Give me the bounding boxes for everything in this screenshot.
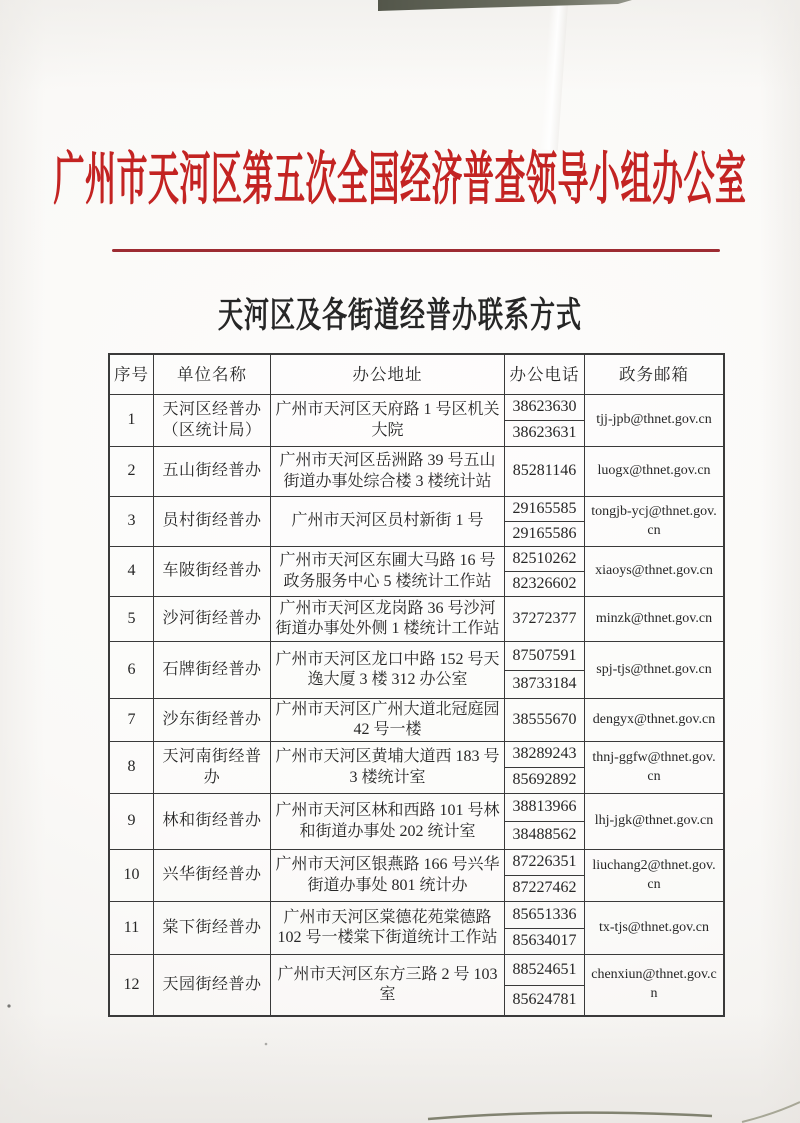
column-header: 办公地址 — [271, 355, 505, 394]
cell-office-address: 广州市天河区棠德花苑棠德路 102 号一楼棠下街道统计工作站 — [271, 902, 505, 954]
cell-office-phones: 8251026282326602 — [505, 547, 585, 596]
table-row: 3员村街经普办广州市天河区员村新街 1 号2916558529165586ton… — [110, 497, 723, 547]
cell-office-phones: 8750759138733184 — [505, 642, 585, 698]
cell-gov-email: spj-tjs@thnet.gov.cn — [585, 642, 723, 698]
red-divider-line — [112, 249, 720, 252]
contact-table: 序号单位名称办公地址办公电话政务邮箱1天河区经普办（区统计局）广州市天河区天府路… — [108, 353, 725, 1017]
cell-serial-number: 5 — [110, 597, 154, 641]
cell-unit-name: 兴华街经普办 — [154, 850, 271, 901]
cell-unit-name: 五山街经普办 — [154, 447, 271, 496]
cell-unit-name: 天河南街经普办 — [154, 742, 271, 793]
table-row: 10兴华街经普办广州市天河区银燕路 166 号兴华街道办事处 801 统计办87… — [110, 850, 723, 902]
cell-serial-number: 9 — [110, 794, 154, 849]
table-row: 4车陂街经普办广州市天河区东圃大马路 16 号政务服务中心 5 楼统计工作站82… — [110, 547, 723, 597]
cell-serial-number: 11 — [110, 902, 154, 954]
phone-number: 88524651 — [505, 955, 584, 985]
cell-gov-email: tjj-jpb@thnet.gov.cn — [585, 395, 723, 446]
cell-office-address: 广州市天河区龙口中路 152 号天逸大厦 3 楼 312 办公室 — [271, 642, 505, 698]
column-header: 办公电话 — [505, 355, 585, 394]
cell-gov-email: luogx@thnet.gov.cn — [585, 447, 723, 496]
cell-serial-number: 3 — [110, 497, 154, 546]
cell-office-address: 广州市天河区银燕路 166 号兴华街道办事处 801 统计办 — [271, 850, 505, 901]
phone-number: 38733184 — [505, 670, 584, 699]
cell-serial-number: 4 — [110, 547, 154, 596]
table-title: 天河区及各街道经普办联系方式 — [218, 297, 582, 336]
table-row: 7沙东街经普办广州市天河区广州大道北冠庭园 42 号一楼38555670deng… — [110, 699, 723, 742]
table-row: 8天河南街经普办广州市天河区黄埔大道西 183 号 3 楼统计室38289243… — [110, 742, 723, 794]
cell-office-address: 广州市天河区东方三路 2 号 103 室 — [271, 955, 505, 1015]
cell-gov-email: dengyx@thnet.gov.cn — [585, 699, 723, 741]
table-row: 2五山街经普办广州市天河区岳洲路 39 号五山街道办事处综合楼 3 楼统计站85… — [110, 447, 723, 497]
cell-gov-email: liuchang2@thnet.gov.cn — [585, 850, 723, 901]
cell-unit-name: 林和街经普办 — [154, 794, 271, 849]
cell-unit-name: 天园街经普办 — [154, 955, 271, 1015]
phone-number: 38289243 — [505, 742, 584, 767]
section-header: 天河区及各街道经普办联系方式 — [0, 303, 800, 331]
cell-serial-number: 2 — [110, 447, 154, 496]
cell-gov-email: tx-tjs@thnet.gov.cn — [585, 902, 723, 954]
table-row: 5沙河街经普办广州市天河区龙岗路 36 号沙河街道办事处外侧 1 楼统计工作站3… — [110, 597, 723, 642]
phone-number: 38488562 — [505, 821, 584, 849]
phone-number: 82510262 — [505, 547, 584, 571]
cell-office-address: 广州市天河区东圃大马路 16 号政务服务中心 5 楼统计工作站 — [271, 547, 505, 596]
cell-serial-number: 7 — [110, 699, 154, 741]
cell-gov-email: xiaoys@thnet.gov.cn — [585, 547, 723, 596]
cell-office-address: 广州市天河区员村新街 1 号 — [271, 497, 505, 546]
cell-gov-email: lhj-jgk@thnet.gov.cn — [585, 794, 723, 849]
phone-number: 38555670 — [505, 699, 584, 741]
phone-number: 85281146 — [505, 447, 584, 496]
table-row: 12天园街经普办广州市天河区东方三路 2 号 103 室885246518562… — [110, 955, 723, 1015]
cell-office-phones: 38555670 — [505, 699, 585, 741]
column-header: 政务邮箱 — [585, 355, 723, 394]
phone-number: 85651336 — [505, 902, 584, 928]
phone-number: 85624781 — [505, 985, 584, 1016]
cell-serial-number: 8 — [110, 742, 154, 793]
cell-office-address: 广州市天河区岳洲路 39 号五山街道办事处综合楼 3 楼统计站 — [271, 447, 505, 496]
phone-number: 29165585 — [505, 497, 584, 521]
cell-gov-email: thnj-ggfw@thnet.gov.cn — [585, 742, 723, 793]
phone-number: 38623631 — [505, 420, 584, 446]
phone-number: 38623630 — [505, 395, 584, 420]
scanned-document-page: { "page": { "header_title": "广州市天河区第五次全国… — [0, 0, 800, 1123]
cell-office-phones: 3862363038623631 — [505, 395, 585, 446]
phone-number: 85692892 — [505, 767, 584, 793]
cell-office-phones: 8852465185624781 — [505, 955, 585, 1015]
cell-unit-name: 沙河街经普办 — [154, 597, 271, 641]
phone-number: 87226351 — [505, 850, 584, 875]
column-header: 单位名称 — [154, 355, 271, 394]
phone-number: 87507591 — [505, 642, 584, 670]
cell-gov-email: tongjb-ycj@thnet.gov.cn — [585, 497, 723, 546]
cell-office-phones: 3881396638488562 — [505, 794, 585, 849]
column-header: 序号 — [110, 355, 154, 394]
cell-office-address: 广州市天河区龙岗路 36 号沙河街道办事处外侧 1 楼统计工作站 — [271, 597, 505, 641]
cell-office-phones: 3828924385692892 — [505, 742, 585, 793]
document-header-title: 广州市天河区第五次全国经济普查领导小组办公室 — [54, 147, 747, 214]
cell-unit-name: 车陂街经普办 — [154, 547, 271, 596]
cell-unit-name: 石牌街经普办 — [154, 642, 271, 698]
phone-number: 37272377 — [505, 597, 584, 641]
cell-unit-name: 天河区经普办（区统计局） — [154, 395, 271, 446]
cell-unit-name: 棠下街经普办 — [154, 902, 271, 954]
phone-number: 87227462 — [505, 875, 584, 901]
cell-office-address: 广州市天河区广州大道北冠庭园 42 号一楼 — [271, 699, 505, 741]
table-row: 9林和街经普办广州市天河区林和西路 101 号林和街道办事处 202 统计室38… — [110, 794, 723, 850]
table-row: 11棠下街经普办广州市天河区棠德花苑棠德路 102 号一楼棠下街道统计工作站85… — [110, 902, 723, 955]
cell-serial-number: 10 — [110, 850, 154, 901]
document-header: 广州市天河区第五次全国经济普查领导小组办公室 — [0, 162, 800, 198]
table-row: 6石牌街经普办广州市天河区龙口中路 152 号天逸大厦 3 楼 312 办公室8… — [110, 642, 723, 699]
cell-gov-email: minzk@thnet.gov.cn — [585, 597, 723, 641]
cell-office-address: 广州市天河区黄埔大道西 183 号 3 楼统计室 — [271, 742, 505, 793]
phone-number: 85634017 — [505, 928, 584, 955]
cell-office-phones: 8565133685634017 — [505, 902, 585, 954]
cell-serial-number: 1 — [110, 395, 154, 446]
phone-number: 82326602 — [505, 571, 584, 596]
cell-gov-email: chenxiun@thnet.gov.cn — [585, 955, 723, 1015]
table-row: 1天河区经普办（区统计局）广州市天河区天府路 1 号区机关大院386236303… — [110, 395, 723, 447]
cell-serial-number: 12 — [110, 955, 154, 1015]
cell-office-address: 广州市天河区林和西路 101 号林和街道办事处 202 统计室 — [271, 794, 505, 849]
phone-number: 38813966 — [505, 794, 584, 821]
cell-office-phones: 2916558529165586 — [505, 497, 585, 546]
table-header-row: 序号单位名称办公地址办公电话政务邮箱 — [110, 355, 723, 395]
cell-office-phones: 8722635187227462 — [505, 850, 585, 901]
cell-serial-number: 6 — [110, 642, 154, 698]
cell-office-phones: 85281146 — [505, 447, 585, 496]
cell-unit-name: 沙东街经普办 — [154, 699, 271, 741]
cell-office-phones: 37272377 — [505, 597, 585, 641]
cell-unit-name: 员村街经普办 — [154, 497, 271, 546]
cell-office-address: 广州市天河区天府路 1 号区机关大院 — [271, 395, 505, 446]
phone-number: 29165586 — [505, 521, 584, 546]
